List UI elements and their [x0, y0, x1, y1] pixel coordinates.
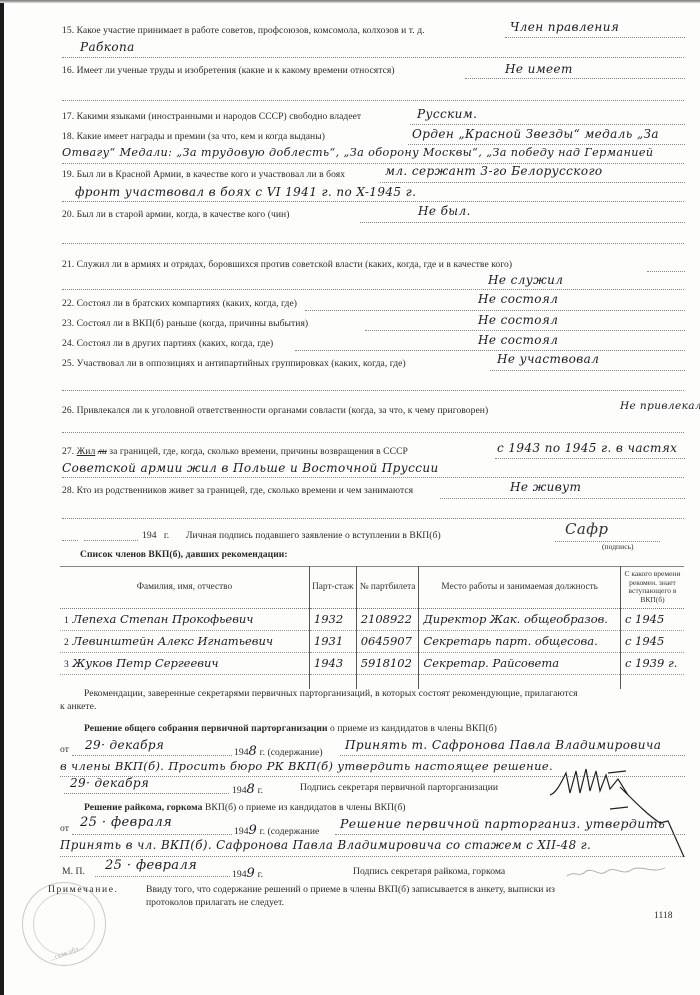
- recommender-name: 3 Жуков Петр Сергеевич: [60, 652, 309, 674]
- column-header-position: Место работы и занимаемая должность: [419, 567, 621, 609]
- raikom-decision-from-label: от: [60, 823, 69, 834]
- raikom-decision-title-bold: Решение райкома, горкома: [84, 802, 203, 813]
- question-19-answer-cont: фронт участвовал в боях с VI 1941 г. по …: [75, 185, 416, 199]
- question-15-answer-cont: Рабкопа: [80, 40, 135, 54]
- scan-left-edge: [0, 0, 4, 995]
- question-21-label: 21. Служил ли в армиях и отрядах, боровш…: [62, 259, 512, 270]
- raikom-secretary-signature: [565, 862, 675, 882]
- recommender-known-since: с 1945: [620, 608, 684, 630]
- answer-line: [305, 310, 685, 311]
- applicant-signature: Сафр: [565, 520, 608, 538]
- applicant-signature-label: Личная подпись подавшего заявление о вст…: [186, 530, 441, 541]
- recommender-party-since: 1943: [309, 652, 356, 674]
- year-prefix: 194: [232, 869, 247, 880]
- day-blank: [62, 540, 78, 541]
- recommender-name-text: Жуков Петр Сергеевич: [72, 656, 218, 670]
- primary-decision-sign-date: 29· декабря: [70, 776, 149, 790]
- column-header-card-number: № партбилета: [356, 567, 419, 609]
- answer-line: [440, 498, 685, 499]
- recommender-card-number: 5918102: [356, 652, 419, 674]
- year-prefix: 194: [234, 747, 249, 758]
- recommender-party-since: 1931: [309, 630, 356, 652]
- year-prefix: 194: [234, 826, 249, 837]
- application-date-year: 194 г.: [142, 530, 169, 541]
- recommendations-note-line2: к анкете.: [60, 701, 96, 712]
- answer-line: [60, 856, 685, 857]
- empty-cell: [419, 674, 621, 689]
- year-digit: 9: [249, 823, 258, 838]
- raikom-decision-content: Решение первичной парторганиз. утвердить: [340, 816, 665, 831]
- recommender-name: 2 Левинштейн Алекс Игнатьевич: [60, 630, 309, 652]
- question-22-answer: Не состоял: [478, 292, 558, 306]
- answer-line: [62, 390, 684, 391]
- empty-cell: [620, 674, 684, 689]
- content-label: г. (содержание: [260, 826, 320, 837]
- empty-cell: [356, 674, 419, 689]
- date-line: [72, 834, 232, 835]
- recommendations-note-line1: Рекомендации, заверенные секретарями пер…: [84, 688, 578, 699]
- footnote-line1: Ввиду того, что содержание решений о при…: [146, 884, 555, 895]
- answer-line: [490, 370, 685, 371]
- recommender-known-since: с 1939 г.: [620, 652, 684, 674]
- year-suffix: г.: [258, 785, 263, 796]
- primary-decision-content: Принять т. Сафронова Павла Владимировича: [345, 738, 661, 752]
- recommender-position: Секретарь парт. общесова.: [419, 630, 621, 652]
- stamp-inner-ring: [33, 893, 95, 955]
- answer-line: [62, 477, 684, 478]
- raikom-secretary-signature-label: Подпись секретаря райкома, горкома: [353, 866, 505, 877]
- date-line: [72, 755, 232, 756]
- table-row: 1 Лепеха Степан Прокофьевич 1932 2108922…: [60, 608, 684, 630]
- question-20-answer: Не был.: [418, 204, 471, 218]
- question-18-answer-cont: Отвагу“ Медали: „За трудовую доблесть“, …: [62, 146, 653, 159]
- question-16-answer: Не имеет: [505, 62, 573, 76]
- recommenders-title: Список членов ВКП(б), давших рекомендаци…: [80, 549, 288, 560]
- question-15-answer: Член правления: [510, 20, 619, 34]
- row-number: 1: [64, 616, 69, 626]
- raikom-decision-title: Решение райкома, горкома ВКП(б) о приеме…: [84, 802, 406, 813]
- party-questionnaire-page: 15. Какое участие принимает в работе сов…: [0, 0, 700, 995]
- footnote-label: Примечание.: [48, 884, 119, 895]
- answer-line: [62, 518, 684, 519]
- question-20-label: 20. Был ли в старой армии, когда, в каче…: [62, 209, 289, 220]
- recommender-card-number: 2108922: [356, 608, 419, 630]
- primary-decision-title: Решение общего собрания первичной партор…: [84, 723, 497, 734]
- answer-line: [647, 271, 685, 272]
- recommender-known-since: с 1945: [620, 630, 684, 652]
- answer-line: [62, 201, 684, 202]
- raikom-decision-content-cont: Принять в чл. ВКП(б). Сафронова Павла Вл…: [60, 838, 591, 852]
- primary-decision-content-cont: в члены ВКП(б). Просить бюро РК ВКП(б) у…: [60, 759, 553, 773]
- answer-line: [380, 182, 685, 183]
- primary-decision-title-bold: Решение общего собрания первичной партор…: [84, 723, 328, 734]
- year-digit: 9: [247, 866, 256, 881]
- recommender-position: Директор Жак. общеобразов.: [419, 608, 621, 630]
- question-22-label: 22. Состоял ли в братских компартиях (ка…: [62, 298, 297, 309]
- question-27-number: 27.: [62, 446, 74, 457]
- primary-decision-year: 1948 г. (содержание): [234, 744, 323, 759]
- question-15-label: 15. Какое участие принимает в работе сов…: [62, 25, 425, 36]
- footnote-line2: протоколов прилагать не следует.: [146, 897, 284, 908]
- table-row: 2 Левинштейн Алекс Игнатьевич 1931 06459…: [60, 630, 684, 652]
- question-26-answer: Не привлекался: [620, 400, 700, 412]
- raikom-decision-sign-date: 25 · февраля: [105, 858, 197, 873]
- answer-line: [62, 57, 684, 58]
- answer-line: [62, 100, 684, 101]
- question-16-label: 16. Имеет ли ученые труды и изобретения …: [62, 65, 395, 76]
- question-27-answer-cont: Советской армии жил в Польше и Восточной…: [62, 461, 439, 475]
- year-digit: 8: [249, 744, 258, 759]
- date-line: [95, 876, 230, 877]
- question-21-answer: Не служил: [488, 273, 563, 287]
- recommenders-table: Фамилия, имя, отчество Парт-стаж № партб…: [60, 566, 684, 689]
- column-header-party-since: Парт-стаж: [309, 567, 356, 609]
- answer-line: [410, 124, 685, 125]
- recommender-name-text: Левинштейн Алекс Игнатьевич: [72, 634, 273, 648]
- primary-decision-title-rest: о приеме из кандидатов в члены ВКП(б): [330, 723, 497, 734]
- answer-line: [62, 432, 684, 433]
- year-prefix: 194: [232, 785, 247, 796]
- answer-line: [335, 834, 685, 835]
- question-26-label: 26. Привлекался ли к уголовной ответстве…: [62, 405, 488, 416]
- year-suffix: г.: [164, 530, 169, 541]
- recommender-name-text: Лепеха Степан Прокофьевич: [72, 612, 253, 626]
- column-header-known-since: С какого времени рекомен. знает вступающ…: [620, 567, 684, 609]
- question-25-answer: Не участвовал: [497, 352, 599, 366]
- question-23-answer: Не состоял: [478, 313, 558, 327]
- month-blank: [84, 540, 138, 541]
- year-suffix: г.: [258, 869, 263, 880]
- year-digit: 8: [247, 782, 256, 797]
- question-17-label: 17. Какими языками (иностранными и народ…: [62, 111, 361, 122]
- answer-line: [340, 755, 685, 756]
- question-27-lived-word: Жил: [77, 446, 96, 457]
- raikom-decision-sign-year: 1949 г.: [232, 866, 263, 881]
- recommender-name: 1 Лепеха Степан Прокофьевич: [60, 608, 309, 630]
- signature-caption: (подпись): [602, 542, 634, 551]
- scan-top-edge: [0, 0, 700, 3]
- recommender-card-number: 0645907: [356, 630, 419, 652]
- primary-secretary-signature-label: Подпись секретаря первичной парторганиза…: [300, 782, 498, 793]
- answer-line: [360, 222, 685, 223]
- question-27-struck-word: ли: [98, 446, 107, 457]
- question-27-answer: с 1943 по 1945 г. в частях: [497, 441, 677, 455]
- raikom-decision-title-rest: ВКП(б) о приеме из кандидатов в члены ВК…: [205, 802, 406, 813]
- answer-line: [505, 37, 685, 38]
- column-header-name: Фамилия, имя, отчество: [60, 567, 309, 609]
- recommender-position: Секретар. Райсовета: [419, 652, 621, 674]
- question-19-label: 19. Был ли в Красной Армии, в качестве к…: [62, 169, 345, 180]
- year-prefix: 194: [142, 530, 157, 541]
- question-18-answer: Орден „Красной Звезды“ медаль „За: [412, 127, 659, 141]
- date-line: [64, 793, 229, 794]
- empty-cell: [60, 674, 309, 689]
- seal-place-label: М. П.: [62, 866, 85, 877]
- question-18-label: 18. Какие имеет награды и премии (за что…: [62, 131, 325, 142]
- answer-line: [62, 243, 684, 244]
- primary-decision-sign-year: 1948 г.: [232, 782, 263, 797]
- empty-cell: [309, 674, 356, 689]
- recommender-party-since: 1932: [309, 608, 356, 630]
- question-28-answer: Не живут: [510, 480, 581, 494]
- table-row-empty: [60, 674, 684, 689]
- question-27-label: 27. Жил ли за границей, где, когда, скол…: [62, 446, 408, 457]
- answer-line: [365, 330, 685, 331]
- primary-decision-date: 29· декабря: [85, 738, 164, 752]
- question-17-answer: Русским.: [417, 107, 477, 121]
- raikom-decision-year: 1949 г. (содержание: [234, 823, 319, 838]
- question-19-answer: мл. сержант 3-го Белорусского: [385, 164, 603, 178]
- table-header-row: Фамилия, имя, отчество Парт-стаж № партб…: [60, 567, 684, 609]
- answer-line: [408, 144, 685, 145]
- primary-decision-from-label: от: [60, 744, 69, 755]
- row-number: 3: [64, 660, 69, 670]
- question-28-label: 28. Кто из родственников живет за границ…: [62, 485, 413, 496]
- page-number: 1118: [654, 911, 673, 921]
- table-row: 3 Жуков Петр Сергеевич 1943 5918102 Секр…: [60, 652, 684, 674]
- content-label: г. (содержание): [260, 747, 323, 758]
- question-23-label: 23. Состоял ли в ВКП(б) раньше (когда, п…: [62, 318, 308, 329]
- question-25-label: 25. Участвовал ли в оппозициях и антипар…: [62, 358, 406, 369]
- answer-line: [465, 78, 685, 79]
- answer-line: [62, 289, 684, 290]
- answer-line: [495, 458, 685, 459]
- question-24-label: 24. Состоял ли в других партиях (каких, …: [62, 338, 273, 349]
- row-number: 2: [64, 638, 69, 648]
- question-27-rest: за границей, где, когда, сколько времени…: [109, 446, 408, 457]
- answer-line: [295, 350, 685, 351]
- raikom-decision-date: 25 · февраля: [80, 815, 172, 830]
- question-24-answer: Не состоял: [478, 333, 558, 347]
